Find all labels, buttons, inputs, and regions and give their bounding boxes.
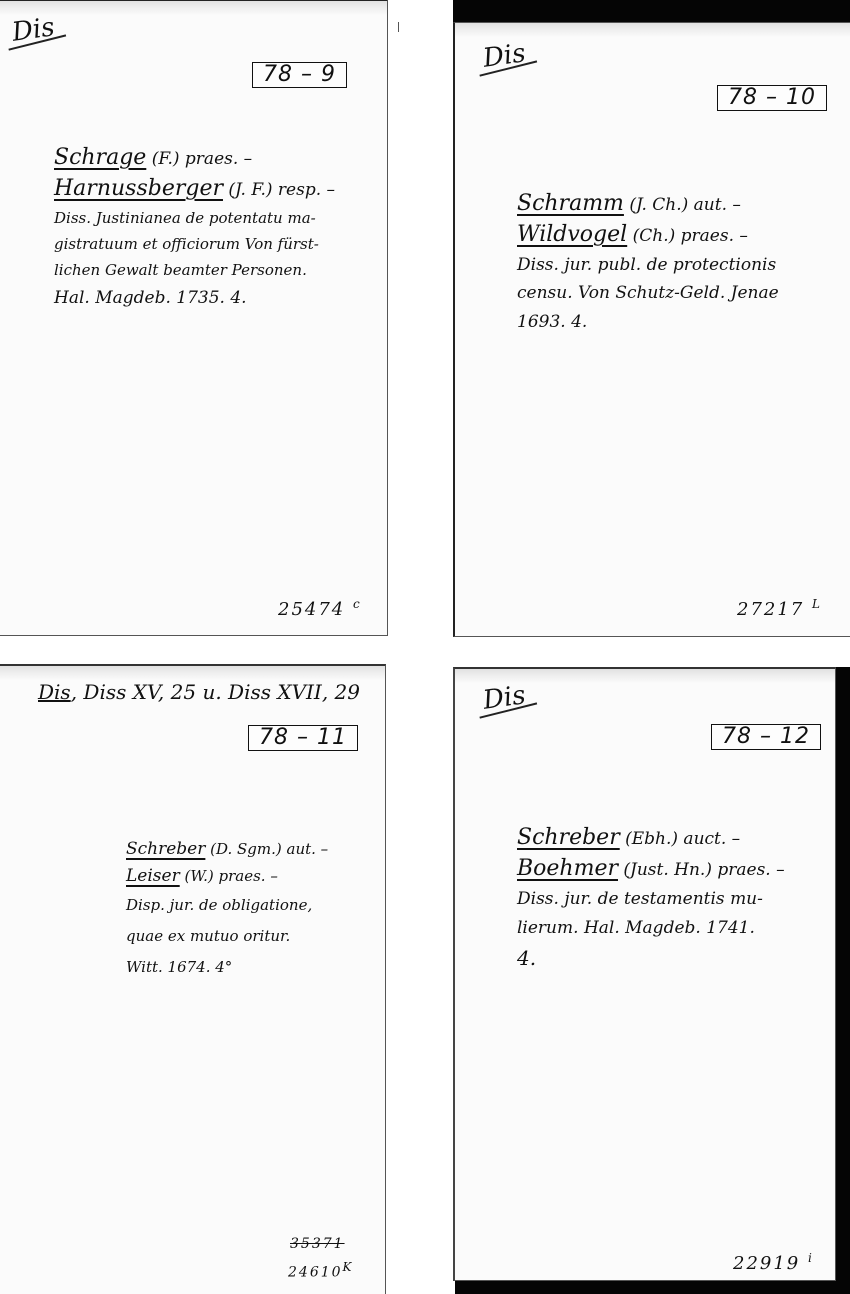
author-role: (Just. Hn.) praes. – [618,860,785,880]
title-line: lierum. Hal. Magdeb. 1741. [517,914,785,943]
author-role: (J. F.) resp. – [223,180,335,200]
scan-background-band [836,667,850,1294]
accession-number: 27217 L [737,597,822,620]
author-name: Harnussberger [54,176,223,201]
accession-value: 25474 [278,599,345,620]
author-name: Wildvogel [517,222,627,247]
call-number: 78 – 10 [717,85,827,111]
catalog-card-78-12: Dis 78 – 12 Schreber (Ebh.) auct. – Boeh… [453,667,836,1281]
card-header-dis: Dis [481,38,527,74]
author-role: (W.) praes. – [180,867,278,885]
accession-suffix: i [808,1251,814,1265]
title-line: Diss. Justinianea de potentatu ma- [54,205,335,231]
title-line: Diss. jur. de testamentis mu- [517,885,785,914]
author-role: (D. Sgm.) aut. – [205,840,328,858]
card-header-dis: Dis [38,680,71,704]
catalog-card-78-11: Dis, Diss XV, 25 u. Diss XVII, 29 78 – 1… [0,664,386,1294]
accession-number: 25474 c [278,597,362,620]
card-entry: Schreber (Ebh.) auct. – Boehmer (Just. H… [517,823,785,973]
format-line: 4. [517,943,785,973]
imprint-line: Witt. 1674. 4° [126,952,328,983]
accession-number: 24610K [288,1260,354,1281]
title-line: quae ex mutuo oritur. [126,921,328,952]
accession-value: 24610 [288,1265,343,1281]
title-line: gistratuum et officiorum Von fürst- [54,231,335,257]
imprint-line: Hal. Magdeb. 1735. 4. [54,283,335,313]
author-role: (Ch.) praes. – [627,226,748,246]
accession-value: 27217 [737,599,804,620]
call-number: 78 – 9 [252,62,347,88]
author-name: Schreber [517,825,620,850]
author-role: (J. Ch.) aut. – [624,195,741,215]
cross-reference: , Diss XV, 25 u. Diss XVII, 29 [71,680,360,704]
scan-mark [398,22,399,32]
accession-suffix: c [353,597,362,611]
author-name: Schreber [126,839,205,859]
scan-background-band [455,1281,850,1294]
author-role: (Ebh.) auct. – [620,829,740,849]
title-line: censu. Von Schutz-Geld. Jenae [517,279,779,307]
title-line: Diss. jur. publ. de protectionis [517,251,779,279]
imprint-line: 1693. 4. [517,307,779,337]
author-name: Boehmer [517,856,618,881]
author-name: Leiser [126,866,180,886]
accession-number: 22919 i [733,1251,814,1274]
accession-value: 22919 [733,1253,800,1274]
card-entry: Schrage (F.) praes. – Harnussberger (J. … [54,143,335,313]
author-name: Schrage [54,145,146,170]
card-entry: Schreber (D. Sgm.) aut. – Leiser (W.) pr… [126,836,328,983]
scan-background-band [453,0,850,22]
card-header-dis: Dis [10,12,56,48]
title-line: Disp. jur. de obligatione, [126,890,328,921]
author-role: (F.) praes. – [146,149,252,169]
accession-number-struck: 35371 [290,1236,345,1252]
catalog-card-78-10: Dis 78 – 10 Schramm (J. Ch.) aut. – Wild… [453,22,850,637]
accession-suffix: L [812,597,822,611]
card-header-dis: Dis [481,680,527,716]
call-number: 78 – 12 [711,724,821,750]
call-number: 78 – 11 [248,725,358,751]
card-entry: Schramm (J. Ch.) aut. – Wildvogel (Ch.) … [517,189,779,337]
accession-suffix: K [343,1260,354,1274]
card-header-dis-refs: Dis, Diss XV, 25 u. Diss XVII, 29 [38,680,360,704]
title-line: lichen Gewalt beamter Personen. [54,257,335,283]
author-name: Schramm [517,191,624,216]
catalog-card-78-9: Dis 78 – 9 Schrage (F.) praes. – Harnuss… [0,0,388,636]
